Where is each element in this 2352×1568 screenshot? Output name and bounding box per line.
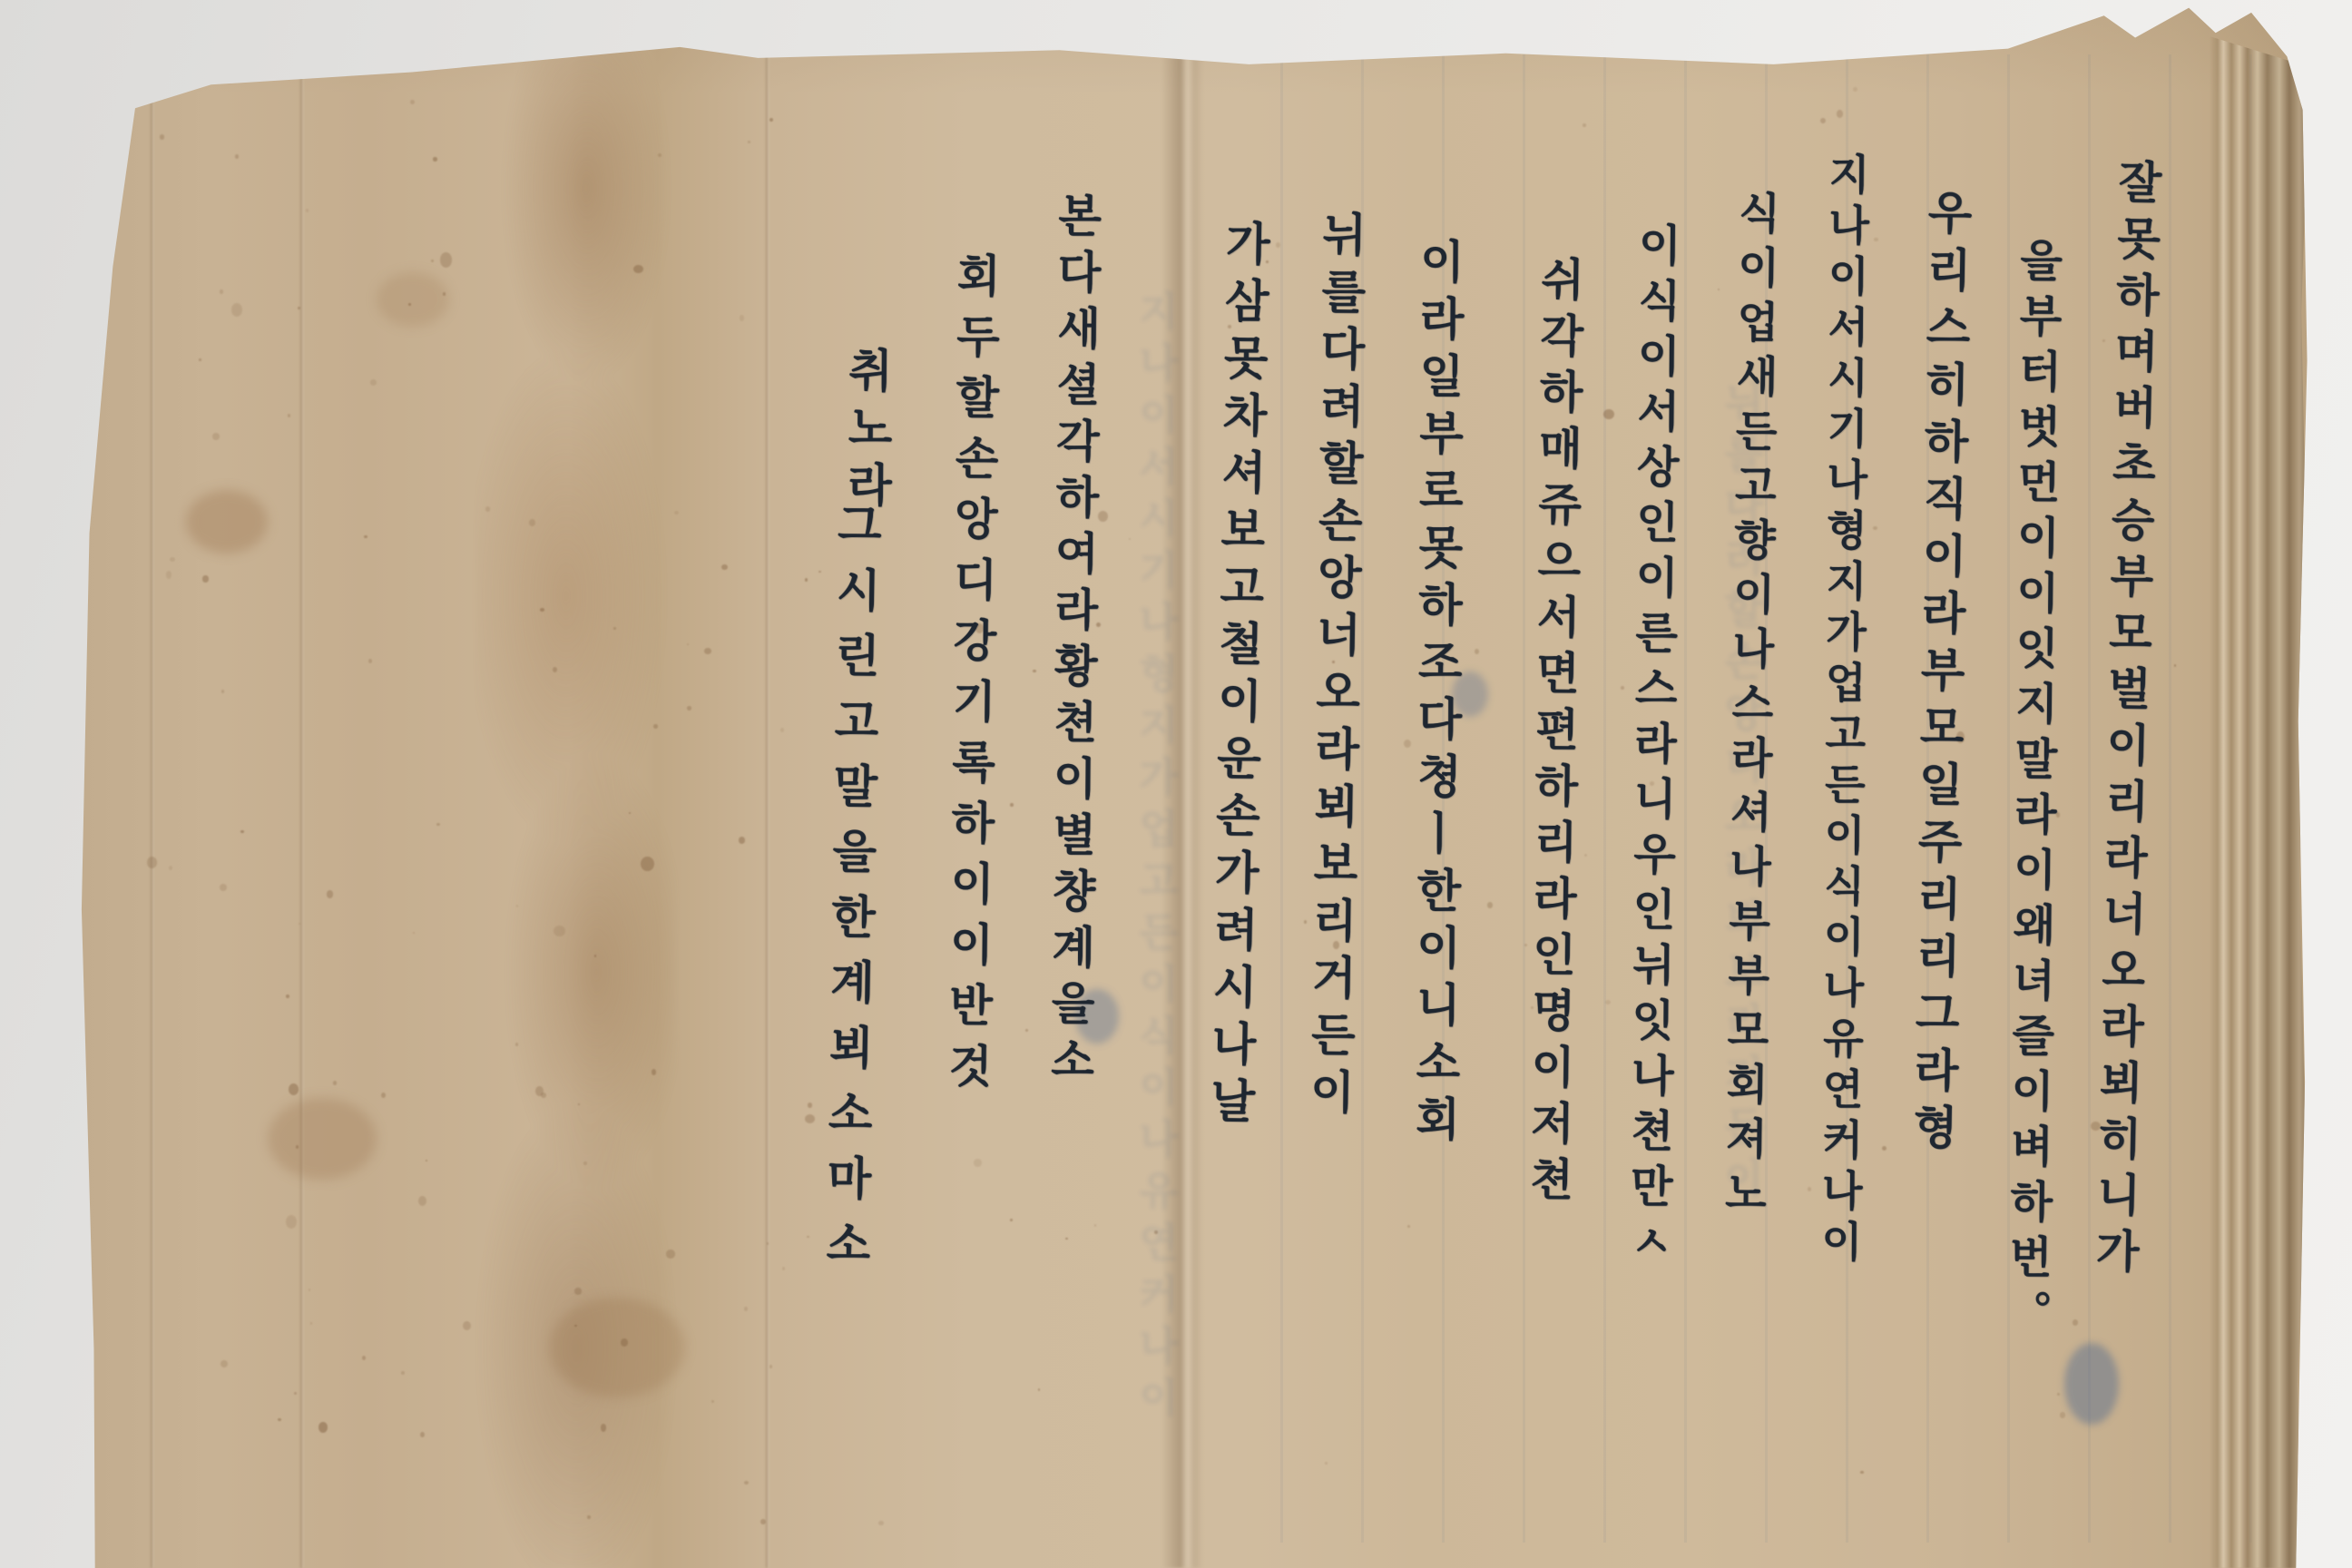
text-column: 취노라 [843, 347, 889, 518]
text-column: 쉬각하매쥬으서면편하리라인명이저쳔 [1526, 256, 1583, 1213]
text-column: 우리스히하직이라부모일주리리그라형 [1909, 189, 1970, 1161]
text-column: 뉘를다려할손앙너오라뵈보리거든이 [1306, 211, 1364, 1126]
text-column: 가삼못차셔보고철이운손가려시나날 [1206, 220, 1268, 1135]
photograph-of-manuscript: { "document": { "script": "Korean (Hangu… [0, 0, 2352, 1568]
text-column: 회두할손앙디강기록하이이반것 [945, 252, 998, 1103]
text-column: 이식이서상인이른스라니우인뉘잇나쳔만ㅅ [1625, 222, 1678, 1274]
text-column: 잘못하며버초승부모벌이리라너오라뵈히니가 [2092, 159, 2160, 1285]
text-column: 을부터벗먼이이잇지말라이왜녀즐이벼하번。 [2004, 238, 2060, 1345]
text-column: 본다새셜각하여라황쳔이별챵계을소 [1047, 192, 1100, 1093]
text-column: 지나이서시기나형지가업고든이식이나유연커나이 [1818, 152, 1868, 1270]
text-column: 그시린고말을한계뵈소마소 [821, 501, 879, 1286]
text-layer: 지나이서시기나형지가업고든이식이나유연커나이 뉘를다려할손앙너오라뵈보리거든이 … [0, 0, 2352, 1568]
showthrough-column: 지나이서시기나형지가업고든이식이나유연커나이 [1134, 290, 1174, 1428]
text-column: 식이업새든고향이나스라셔나부부모회져노 [1720, 191, 1778, 1226]
text-column: 이라일부로못하조다쳥ㅣ한이니소회 [1411, 238, 1461, 1152]
